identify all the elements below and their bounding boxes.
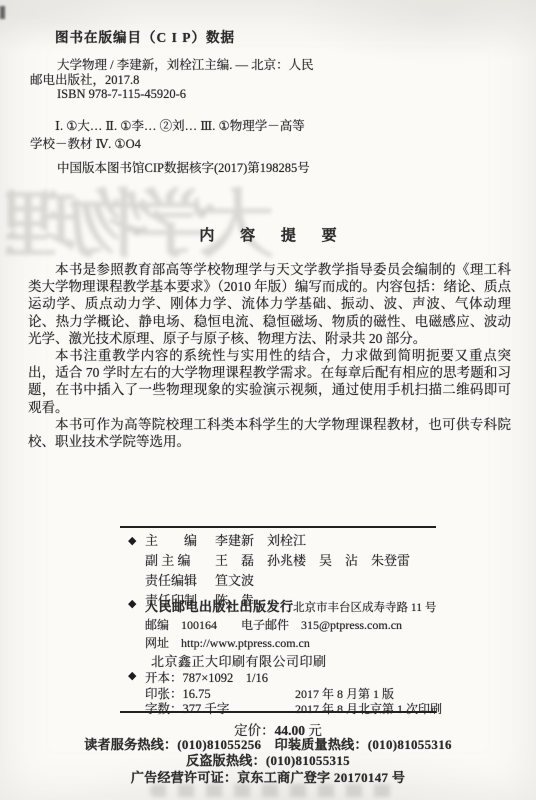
abstract-paragraph-2: 本书注重教学内容的系统性与实用性的结合，力求做到简明扼要又重点突出，适合 70 …: [28, 347, 511, 416]
credits-row-deputy-editors: 副 主 编王 磊 孙兆楼 吴 沾 朱登雷: [145, 551, 410, 571]
credits-row-chief-editor: 主 编李建新 刘栓江: [145, 531, 410, 551]
publisher-website: 网址 http://www.ptpress.com.cn: [145, 634, 310, 651]
credits-value: 王 磊 孙兆楼 吴 沾 朱登雷: [215, 553, 410, 568]
diamond-bullet-icon: ◆: [128, 669, 136, 682]
cip-header: 图书在版编目（C I P）数据: [55, 26, 235, 46]
scan-edge-mark: [0, 6, 5, 19]
print-word-count: 字数：377 千字: [145, 699, 229, 717]
credits-value: 笪文波: [215, 573, 254, 588]
diamond-bullet-icon: ◆: [128, 534, 136, 547]
credits-row-responsible-editor: 责任编辑笪文波: [145, 571, 410, 591]
abstract-paragraphs: 本书是参照教育部高等学校物理学与天文学教学指导委员会编制的《理工科类大学物理课程…: [28, 261, 511, 450]
publisher-address: 北京市丰台区成寿寺路 11 号: [293, 599, 436, 615]
diamond-bullet-icon: ◆: [128, 597, 136, 610]
cip-classification: Ⅰ. ①大… Ⅱ. ①李… ②刘… Ⅲ. ①物理学－高等 学校－教材 Ⅳ. ①O…: [30, 117, 450, 153]
print-impression: 2017 年 8 月北京第 1 次印刷: [295, 700, 442, 717]
divider-rule-bottom: [120, 711, 436, 713]
abstract-paragraph-1: 本书是参照教育部高等学校物理学与天文学教学指导委员会编制的《理工科类大学物理课程…: [28, 261, 511, 347]
publisher-postcode-email: 邮编 100164 电子邮件 315@ptpress.com.cn: [145, 616, 402, 633]
abstract-title: 内 容 提 要: [0, 224, 536, 245]
cip-registry-number: 中国版本图书馆CIP数据核字(2017)第198285号: [57, 158, 310, 176]
bleed-through-smudge: [150, 784, 400, 797]
credits-label: 主 编: [145, 531, 205, 551]
cip-record-line2: 邮电出版社，2017.8: [30, 73, 430, 88]
cip-class-line1: Ⅰ. ①大… Ⅱ. ①李… ②刘… Ⅲ. ①物理学－高等: [30, 117, 450, 135]
credits-value: 李建新 刘栓江: [215, 533, 306, 548]
cip-record: 大学物理 / 李建新，刘栓江主编. — 北京：人民 邮电出版社，2017.8 I…: [30, 58, 430, 102]
credits-label: 责任编辑: [145, 571, 205, 591]
publisher-name: 人民邮电出版社出版发行: [145, 596, 294, 615]
credits-label: 副 主 编: [145, 551, 205, 571]
divider-rule-top: [120, 526, 436, 528]
cip-isbn: ISBN 978-7-115-45920-6: [30, 87, 430, 102]
scanned-copyright-page: 图书在版编目（C I P）数据 大学物理 / 李建新，刘栓江主编. — 北京：人…: [0, 0, 536, 800]
abstract-paragraph-3: 本书可作为高等院校理工科类本科学生的大学物理课程教材，也可供专科院校、职业技术学…: [28, 416, 511, 450]
cip-class-line2: 学校－教材 Ⅳ. ①O4: [30, 135, 450, 153]
cip-record-line1: 大学物理 / 李建新，刘栓江主编. — 北京：人民: [30, 58, 430, 73]
